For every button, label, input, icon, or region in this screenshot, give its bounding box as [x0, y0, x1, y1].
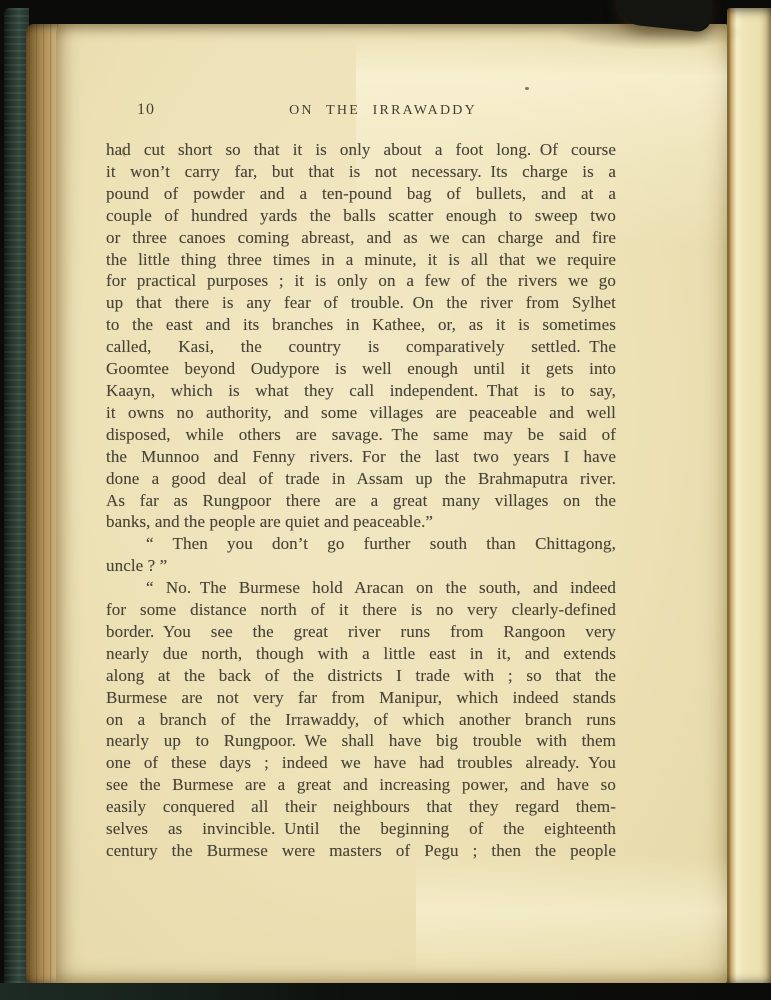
text-line: to the east and its branches in Kathee, …	[106, 314, 616, 336]
text-line: for practical purposes ; it is only on a…	[106, 270, 616, 292]
text-line: on a branch of the Irrawaddy, of which a…	[106, 709, 616, 731]
text-line: uncle ? ”	[106, 555, 616, 577]
text-line: it won’t carry far, but that is not nece…	[106, 161, 616, 183]
scan-background: 10 ON THE IRRAWADDY had cut short so tha…	[0, 0, 771, 1000]
text-line: it owns no authority, and some villages …	[106, 402, 616, 424]
text-line: or three canoes coming abreast, and as w…	[106, 227, 616, 249]
text-line: couple of hundred yards the balls scatte…	[106, 205, 616, 227]
text-line: Goomtee beyond Oudypore is well enough u…	[106, 358, 616, 380]
text-line: “ Then you don’t go further south than C…	[106, 533, 616, 555]
text-line: Kaayn, which is what they call independe…	[106, 380, 616, 402]
page-blemish	[122, 146, 130, 157]
text-line: for some distance north of it there is n…	[106, 599, 616, 621]
page-blemish	[525, 87, 529, 90]
paper-light-streak	[416, 854, 727, 979]
text-line: along at the back of the districts I tra…	[106, 665, 616, 687]
text-line: the little thing three times in a minute…	[106, 249, 616, 271]
text-line: nearly up to Rungpoor. We shall have big…	[106, 730, 616, 752]
book-cover-bottom-edge	[0, 983, 771, 1000]
text-line: As far as Rungpoor there are a great man…	[106, 490, 616, 512]
text-line: selves as invincible. Until the beginnin…	[106, 818, 616, 840]
book-page: 10 ON THE IRRAWADDY had cut short so tha…	[56, 24, 727, 983]
text-line: one of these days ; indeed we have had t…	[106, 752, 616, 774]
text-line: Burmese are not very far from Manipur, w…	[106, 687, 616, 709]
text-line: the Munnoo and Fenny rivers. For the las…	[106, 446, 616, 468]
text-line: up that there is any fear of trouble. On…	[106, 292, 616, 314]
text-line: easily conquered all their neighbours th…	[106, 796, 616, 818]
adjacent-page	[727, 8, 771, 985]
page-blemish	[433, 765, 436, 768]
text-line: century the Burmese were masters of Pegu…	[106, 840, 616, 862]
text-line: see the Burmese are a great and increasi…	[106, 774, 616, 796]
text-line: nearly due north, though with a little e…	[106, 643, 616, 665]
text-line: called, Kasi, the country is comparative…	[106, 336, 616, 358]
text-line: banks, and the people are quiet and peac…	[106, 511, 616, 533]
text-line: disposed, while others are savage. The s…	[106, 424, 616, 446]
text-line: had cut short so that it is only about a…	[106, 139, 616, 161]
text-line: border. You see the great river runs fro…	[106, 621, 616, 643]
page-text: had cut short so that it is only about a…	[106, 139, 616, 862]
text-line: pound of powder and a ten-pound bag of b…	[106, 183, 616, 205]
text-line: done a good deal of trade in Assam up th…	[106, 468, 616, 490]
running-header: ON THE IRRAWADDY	[106, 103, 638, 119]
text-line: “ No. The Burmese hold Aracan on the sou…	[106, 577, 616, 599]
